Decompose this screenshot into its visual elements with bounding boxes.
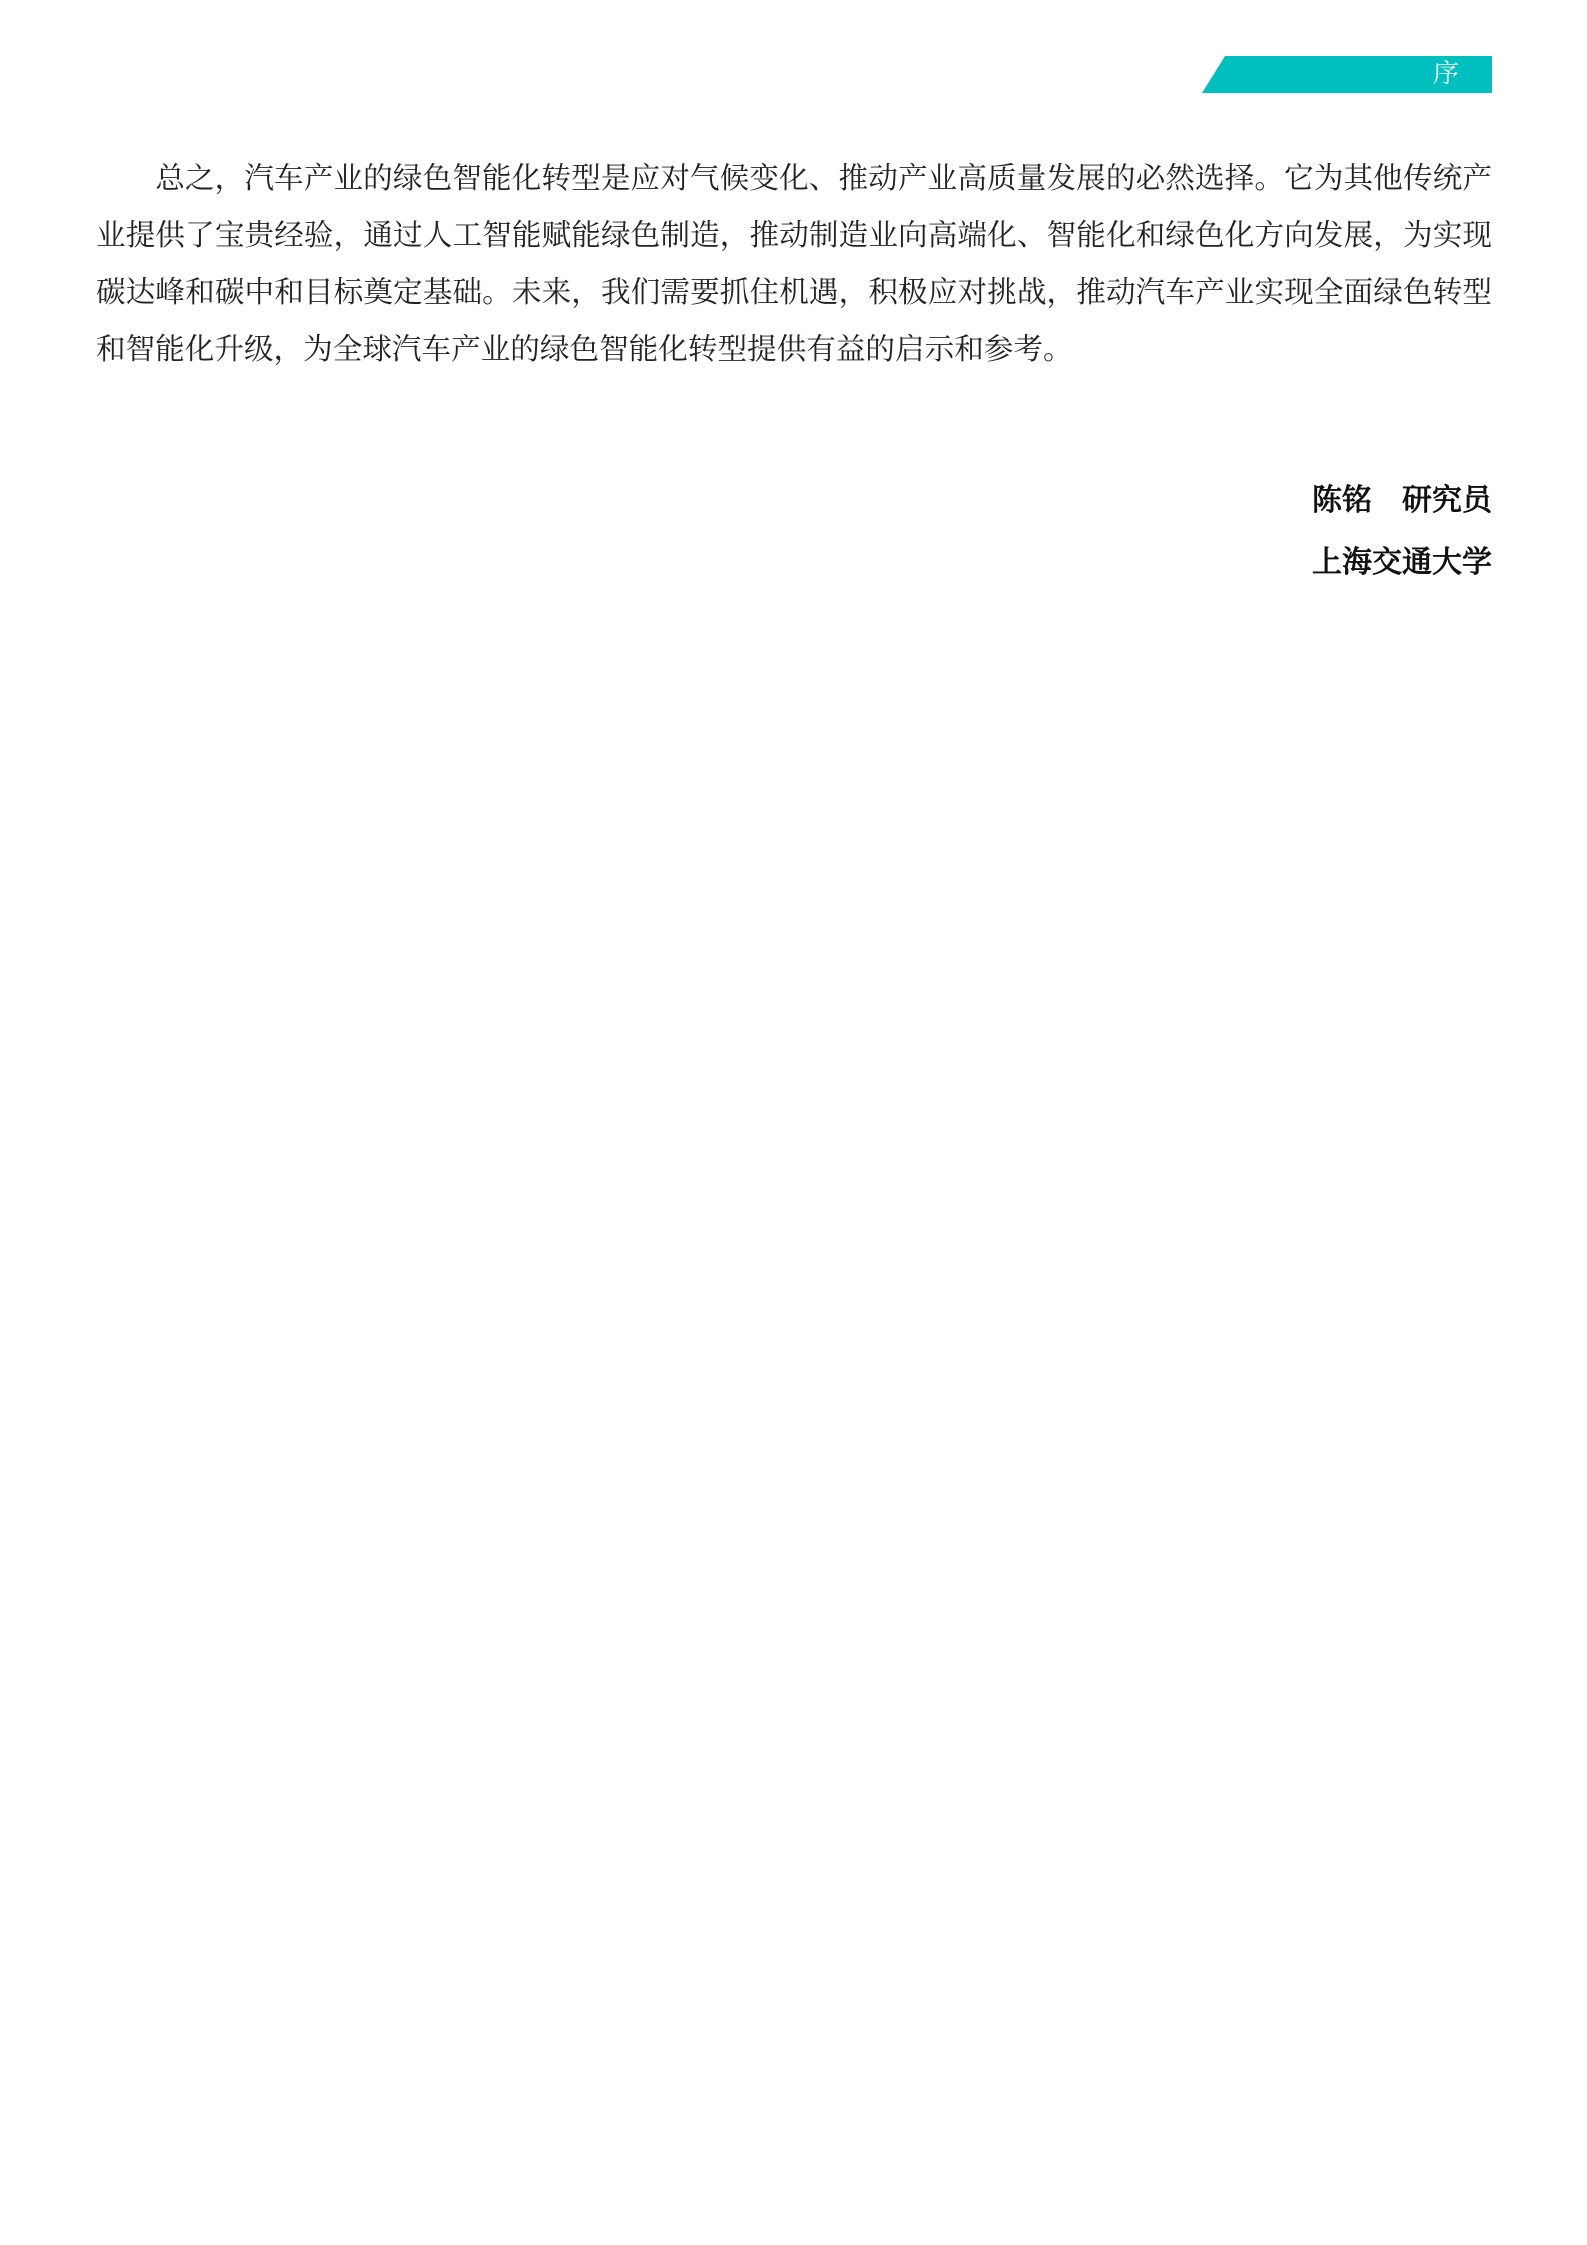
- preface-body: 总之，汽车产业的绿色智能化转型是应对气候变化、推动产业高质量发展的必然选择。它为…: [96, 150, 1492, 378]
- author-name-title: 陈铭 研究员: [1312, 470, 1492, 532]
- body-paragraph: 总之，汽车产业的绿色智能化转型是应对气候变化、推动产业高质量发展的必然选择。它为…: [96, 150, 1492, 378]
- author-affiliation: 上海交通大学: [1312, 532, 1492, 594]
- signature-block: 陈铭 研究员 上海交通大学: [1312, 470, 1492, 594]
- section-header-tab: 序: [1202, 56, 1492, 93]
- section-title: 序: [1433, 59, 1459, 90]
